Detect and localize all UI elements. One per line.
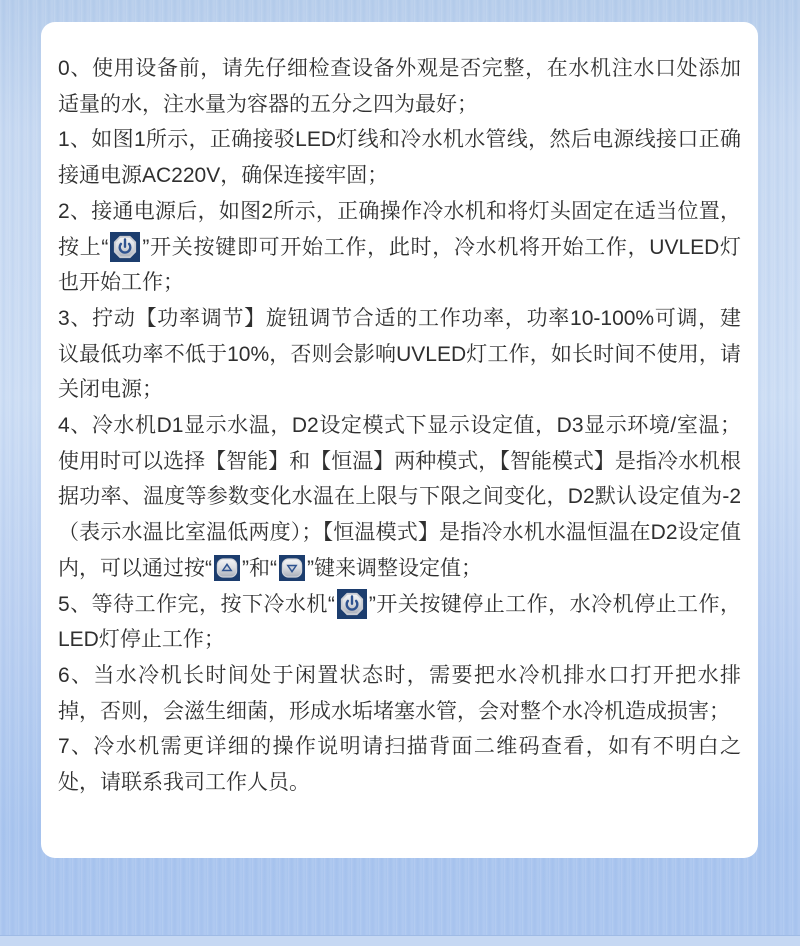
step-4-text-after: ”键来调整设定值； — [307, 557, 482, 580]
instruction-step-4: 4、冷水机D1显示水温，D2设定模式下显示设定值，D3显示环境/室温；使用时可以… — [58, 408, 741, 587]
instruction-card: 0、使用设备前，请先仔细检查设备外观是否完整，在水机注水口处添加适量的水，注水量… — [41, 22, 758, 858]
step-1-text: 1、如图1所示，正确接驳LED灯线和冷水机水管线，然后电源线接口正确接通电源AC… — [58, 128, 741, 187]
step-3-text: 3、拧动【功率调节】旋钮调节合适的工作功率，功率10-100%可调，建议最低功率… — [58, 307, 741, 401]
up-arrow-button-icon — [214, 555, 240, 581]
step-2-text-after: ”开关按键即可开始工作，此时，冷水机将开始工作，UVLED灯也开始工作； — [58, 236, 741, 295]
instruction-text: 0、使用设备前，请先仔细检查设备外观是否完整，在水机注水口处添加适量的水，注水量… — [41, 22, 758, 801]
instruction-step-6: 6、当水冷机长时间处于闲置状态时，需要把水冷机排水口打开把水排掉，否则，会滋生细… — [58, 658, 741, 729]
instruction-step-5: 5、等待工作完，按下冷水机“”开关按键停止工作，水冷机停止工作，LED灯停止工作… — [58, 587, 741, 658]
step-0-text: 0、使用设备前，请先仔细检查设备外观是否完整，在水机注水口处添加适量的水，注水量… — [58, 57, 741, 116]
step-4-text-between: ”和“ — [242, 557, 277, 580]
bottom-edge-strip — [0, 935, 800, 946]
step-5-text-before: 5、等待工作完，按下冷水机“ — [58, 593, 335, 616]
down-arrow-button-icon — [279, 555, 305, 581]
instruction-step-7: 7、冷水机需更详细的操作说明请扫描背面二维码查看，如有不明白之处，请联系我司工作… — [58, 729, 741, 800]
step-7-text: 7、冷水机需更详细的操作说明请扫描背面二维码查看，如有不明白之处，请联系我司工作… — [58, 735, 741, 794]
power-button-icon — [110, 232, 140, 262]
instruction-step-1: 1、如图1所示，正确接驳LED灯线和冷水机水管线，然后电源线接口正确接通电源AC… — [58, 122, 741, 193]
step-6-text: 6、当水冷机长时间处于闲置状态时，需要把水冷机排水口打开把水排掉，否则，会滋生细… — [58, 664, 741, 723]
instruction-step-0: 0、使用设备前，请先仔细检查设备外观是否完整，在水机注水口处添加适量的水，注水量… — [58, 51, 741, 122]
instruction-step-2: 2、接通电源后，如图2所示，正确操作冷水机和将灯头固定在适当位置，按上“”开关按… — [58, 194, 741, 301]
instruction-step-3: 3、拧动【功率调节】旋钮调节合适的工作功率，功率10-100%可调，建议最低功率… — [58, 301, 741, 408]
power-button-icon — [337, 589, 367, 619]
step-4-text-before: 4、冷水机D1显示水温，D2设定模式下显示设定值，D3显示环境/室温；使用时可以… — [58, 414, 741, 580]
